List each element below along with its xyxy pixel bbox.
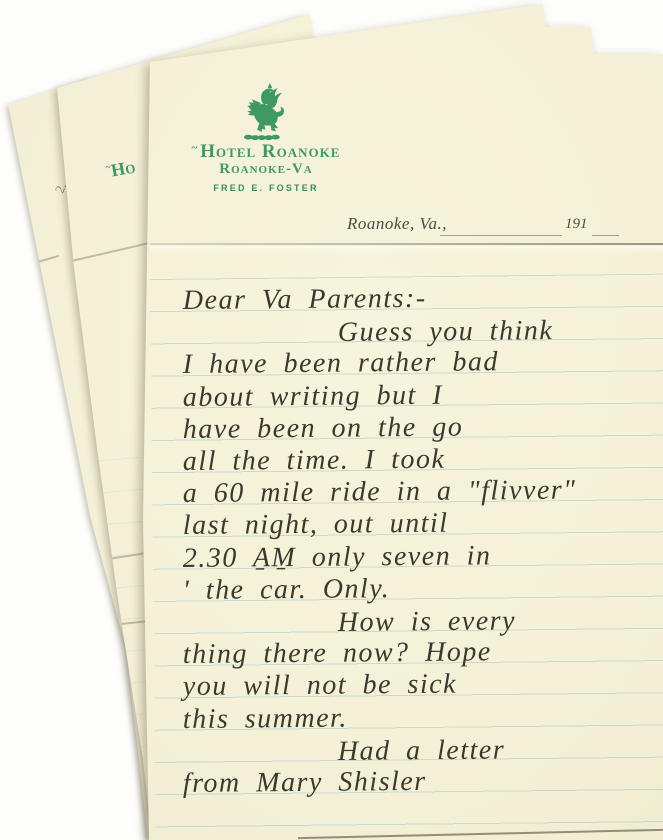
letter-photo: 2. ~Ho xyxy=(0,0,663,840)
letter-line: have been on the go xyxy=(183,412,464,446)
letter-line: from Mary Shisler xyxy=(183,767,427,801)
letter-line: 2.30 A̱M̱ only seven in xyxy=(183,541,492,576)
letter-line: about writing but I xyxy=(183,380,444,414)
letter-body: Dear Va Parents:-Guess you thinkI have b… xyxy=(0,0,663,840)
letter-line: How is every xyxy=(338,606,516,640)
sheet-top: ~Hotel Roanoke Roanoke-Va Fred E. Foster… xyxy=(0,0,663,840)
sheet-top-wrap: ~Hotel Roanoke Roanoke-Va Fred E. Foster… xyxy=(0,0,663,840)
letter-line: Dear Va Parents:- xyxy=(183,284,427,318)
letter-line: you will not be sick xyxy=(183,670,457,704)
letter-line: thing there now? Hope xyxy=(183,637,492,672)
letter-line: all the time. I took xyxy=(183,445,446,479)
letter-line: I have been rather bad xyxy=(183,348,499,383)
letter-line: last night, out until xyxy=(183,509,449,543)
letter-line: Had a letter xyxy=(338,735,506,768)
letter-line: a 60 mile ride in a "flivver" xyxy=(183,476,577,511)
letter-line: Guess you think xyxy=(338,316,554,350)
letter-line: this summer. xyxy=(183,703,348,736)
letter-line: ' the car. Only. xyxy=(183,574,391,608)
